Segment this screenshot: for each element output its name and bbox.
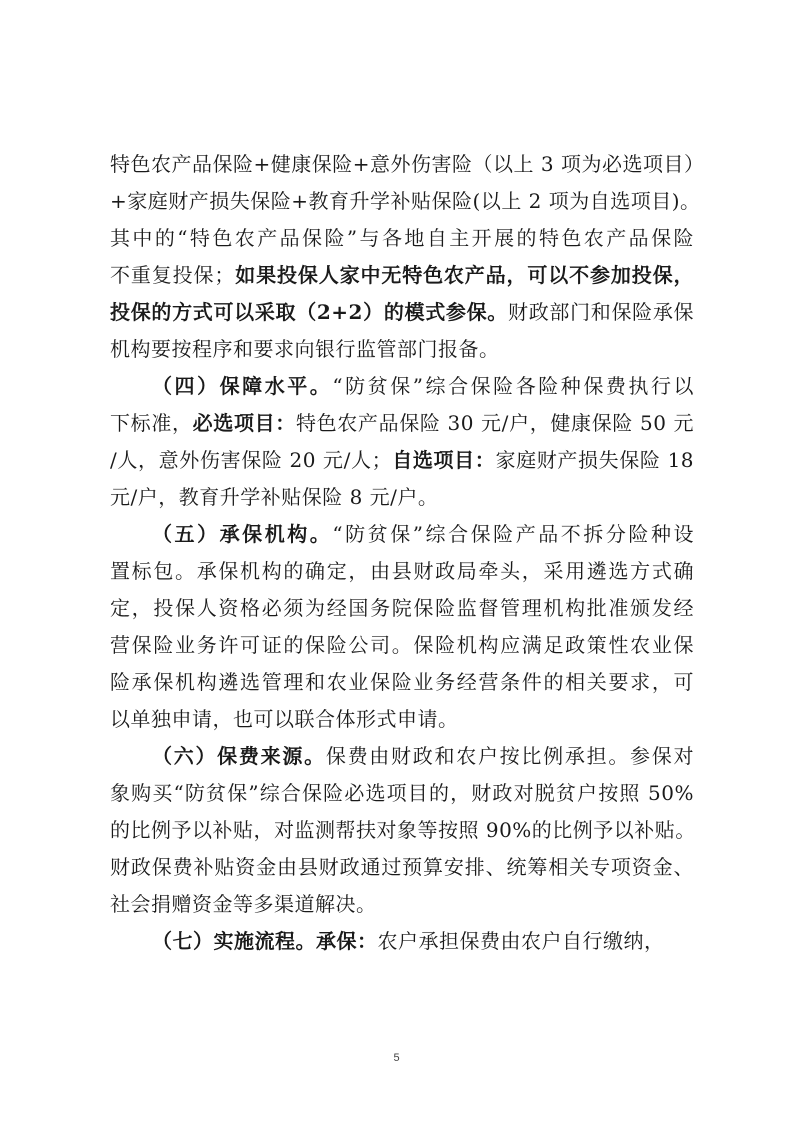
text-run: 特色农产品保险 30 元/户，健康保险 50 元 [296,411,694,435]
bold-text-run: 必选项目： [193,411,296,435]
text-line: （四）保障水平。“防贫保”综合保险各险种保费执行以 [110,368,694,405]
text-line: （五）承保机构。“防贫保”综合保险产品不拆分险种设 [110,516,694,553]
text-run: 财政部门和保险承保 [508,300,694,324]
bold-text-run: 自选项目： [392,448,495,472]
text-line: （七）实施流程。承保：农户承担保费由农户自行缴纳， [110,923,694,960]
text-run: 定，投保人资格必须为经国务院保险监督管理机构批准颁发经 [110,596,694,620]
bold-text-run: （四）保障水平。 [152,374,332,398]
text-run: 社会捐赠资金等多渠道解决。 [110,892,377,916]
text-run: 险承保机构遴选管理和农业保险业务经营条件的相关要求，可 [110,670,694,694]
bold-text-run: （六）保费来源。 [152,744,326,768]
bold-text-run: （五）承保机构。 [152,522,332,546]
page-number: 5 [0,1052,793,1064]
text-line: 不重复投保；如果投保人家中无特色农产品，可以不参加投保， [110,257,694,294]
text-line: 营保险业务许可证的保险公司。保险机构应满足政策性农业保 [110,627,694,664]
text-line: 投保的方式可以采取（2+2）的模式参保。财政部门和保险承保 [110,294,694,331]
text-line: +家庭财产损失保险+教育升学补贴保险(以上 2 项为自选项目)。 [110,183,694,220]
text-run: 其中的“特色农产品保险”与各地自主开展的特色农产品保险 [110,226,694,250]
text-run: 元/户，教育升学补贴保险 8 元/户。 [110,485,438,509]
text-line: 机构要按程序和要求向银行监管部门报备。 [110,331,694,368]
text-line: 财政保费补贴资金由县财政通过预算安排、统筹相关专项资金、 [110,849,694,886]
text-line: （六）保费来源。保费由财政和农户按比例承担。参保对 [110,738,694,775]
text-line: 定，投保人资格必须为经国务院保险监督管理机构批准颁发经 [110,590,694,627]
text-run: 财政保费补贴资金由县财政通过预算安排、统筹相关专项资金、 [110,855,694,879]
text-run: 保费由财政和农户按比例承担。参保对 [326,744,694,768]
text-run: “防贫保”综合保险产品不拆分险种设 [332,522,694,546]
text-run: 特色农产品保险+健康保险+意外伤害险（以上 3 项为必选项目） [110,152,704,176]
text-line: 以单独申请，也可以联合体形式申请。 [110,701,694,738]
text-run: 象购买“防贫保”综合保险必选项目的，财政对脱贫户按照 50% [110,781,694,805]
text-line: 下标准，必选项目：特色农产品保险 30 元/户，健康保险 50 元 [110,405,694,442]
text-run: 以单独申请，也可以联合体形式申请。 [110,707,459,731]
text-line: 社会捐赠资金等多渠道解决。 [110,886,694,923]
text-line: 元/户，教育升学补贴保险 8 元/户。 [110,479,694,516]
text-line: 置标包。承保机构的确定，由县财政局牵头，采用遴选方式确 [110,553,694,590]
text-line: 险承保机构遴选管理和农业保险业务经营条件的相关要求，可 [110,664,694,701]
text-run: 不重复投保； [110,263,235,287]
text-run: 置标包。承保机构的确定，由县财政局牵头，采用遴选方式确 [110,559,694,583]
text-line: /人，意外伤害保险 20 元/人；自选项目：家庭财产损失保险 18 [110,442,694,479]
text-run: 机构要按程序和要求向银行监管部门报备。 [110,337,500,361]
text-line: 象购买“防贫保”综合保险必选项目的，财政对脱贫户按照 50% [110,775,694,812]
text-run: +家庭财产损失保险+教育升学补贴保险(以上 2 项为自选项目)。 [110,189,701,213]
body-text: 特色农产品保险+健康保险+意外伤害险（以上 3 项为必选项目）+家庭财产损失保险… [110,146,694,960]
bold-text-run: 如果投保人家中无特色农产品，可以不参加投保， [235,263,694,287]
text-run: 的比例予以补贴，对监测帮扶对象等按照 90%的比例予以补贴。 [110,818,696,842]
bold-text-run: 投保的方式可以采取（2+2）的模式参保。 [110,300,508,324]
bold-text-run: （七）实施流程。承保： [152,929,378,953]
text-run: 家庭财产损失保险 18 [495,448,694,472]
text-line: 特色农产品保险+健康保险+意外伤害险（以上 3 项为必选项目） [110,146,694,183]
text-run: 农户承担保费由农户自行缴纳， [378,929,665,953]
text-run: /人，意外伤害保险 20 元/人； [110,448,392,472]
text-run: “防贫保”综合保险各险种保费执行以 [332,374,694,398]
text-run: 营保险业务许可证的保险公司。保险机构应满足政策性农业保 [110,633,694,657]
text-line: 其中的“特色农产品保险”与各地自主开展的特色农产品保险 [110,220,694,257]
text-run: 下标准， [110,411,193,435]
document-page: 特色农产品保险+健康保险+意外伤害险（以上 3 项为必选项目）+家庭财产损失保险… [0,0,793,1122]
text-line: 的比例予以补贴，对监测帮扶对象等按照 90%的比例予以补贴。 [110,812,694,849]
